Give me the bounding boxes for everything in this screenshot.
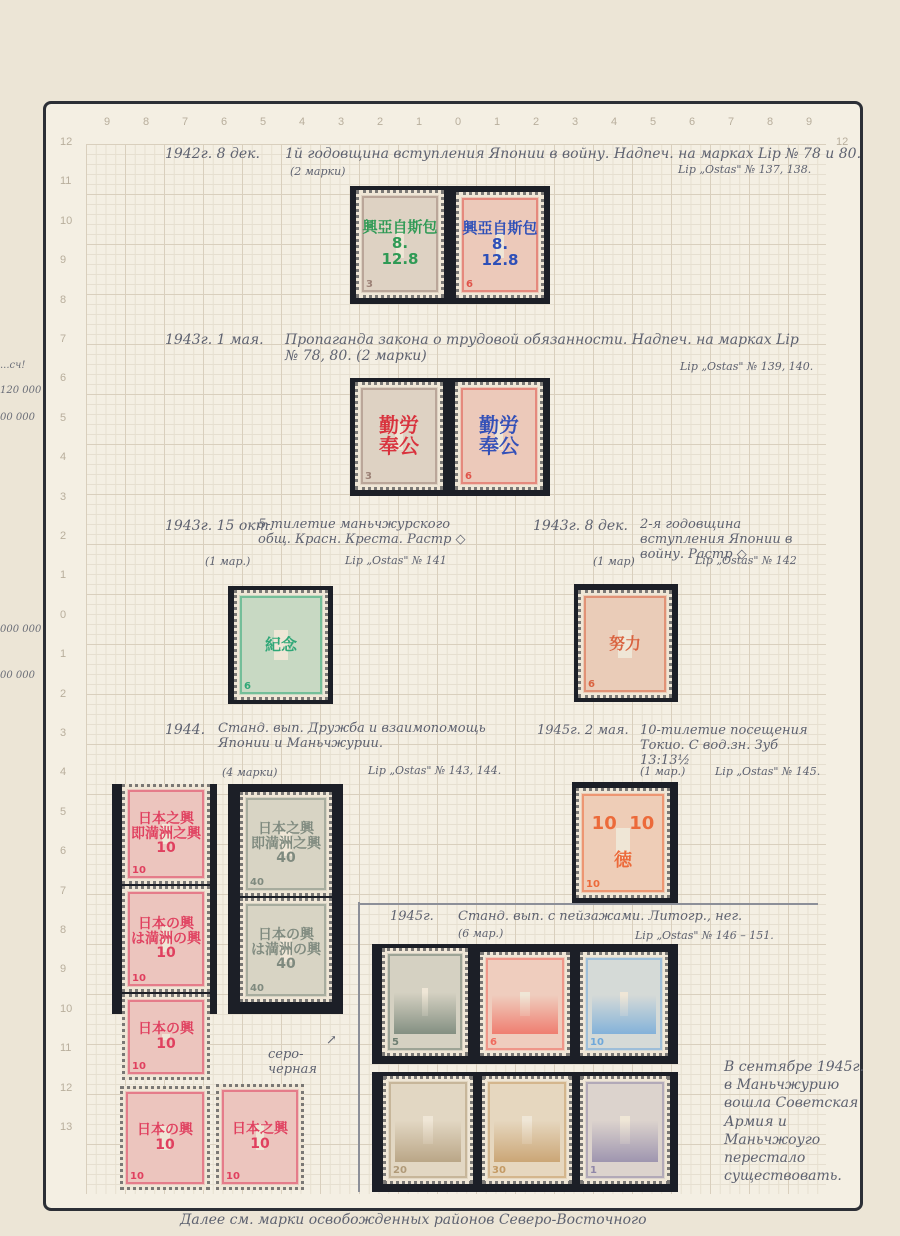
ruler-tick: 9 bbox=[806, 116, 812, 128]
ruler-tick: 9 bbox=[60, 254, 66, 266]
divider-line bbox=[358, 903, 818, 905]
stamp-value: 3 bbox=[365, 471, 372, 482]
stamp-value: 1 bbox=[590, 1165, 597, 1176]
stamp-value: 10 bbox=[132, 973, 146, 984]
stamp-value: 5 bbox=[392, 1037, 399, 1048]
stamp[interactable]: 1 bbox=[580, 1076, 670, 1184]
section-count: (2 марки) bbox=[290, 166, 345, 179]
ruler-tick: 6 bbox=[221, 116, 227, 128]
section-count: (1 мар) bbox=[593, 556, 635, 569]
stamp[interactable]: 20 bbox=[383, 1076, 473, 1184]
section-title: Станд. вып. Дружба и взаимопомощь Японии… bbox=[218, 722, 508, 752]
ruler-tick: 1 bbox=[60, 569, 66, 581]
stamp-frame bbox=[586, 1082, 664, 1178]
ruler-tick: 8 bbox=[767, 116, 773, 128]
ruler-tick: 3 bbox=[60, 491, 66, 503]
stamp-face: 勤労 奉公 bbox=[379, 415, 419, 457]
section-title: 10-тилетие посещения Токио. С вод.зн. Зу… bbox=[640, 724, 825, 769]
stamp-face: 紀念 bbox=[265, 637, 297, 654]
stamp[interactable]: 6 bbox=[480, 952, 570, 1056]
ruler-tick: 7 bbox=[60, 333, 66, 345]
stamp[interactable]: 努力6 bbox=[578, 590, 672, 698]
stamp-frame bbox=[488, 1082, 566, 1178]
stamp-value: 30 bbox=[492, 1165, 506, 1176]
ruler-tick: 3 bbox=[572, 116, 578, 128]
margin-note: ...сч! bbox=[0, 360, 25, 371]
margin-note: 00 000 bbox=[0, 412, 35, 423]
section-count: (1 мар.) bbox=[205, 556, 250, 569]
stamp[interactable]: 30 bbox=[482, 1076, 572, 1184]
stamp-face: 日本之興 10 bbox=[232, 1122, 288, 1151]
stamp-value: 3 bbox=[366, 279, 373, 290]
stamp-value: 6 bbox=[466, 279, 473, 290]
margin-note: 120 000 bbox=[0, 385, 41, 396]
ruler-tick: 6 bbox=[60, 372, 66, 384]
stamp-face: 努力 bbox=[609, 636, 641, 653]
stamp-value: 10 bbox=[132, 865, 146, 876]
section-count: (1 мар.) bbox=[640, 766, 685, 779]
stamp-value: 40 bbox=[250, 983, 264, 994]
stamp-face: 日本の興 は満洲の興 10 bbox=[131, 917, 201, 961]
stamp-face: 10 10 徳 bbox=[592, 815, 655, 872]
divider-line bbox=[358, 902, 360, 1192]
ruler-tick: 7 bbox=[182, 116, 188, 128]
stamp[interactable]: 日本の興 1010 bbox=[122, 994, 210, 1080]
stamp-frame bbox=[388, 954, 462, 1050]
closing-note: В сентябре 1945г. в Маньчжурию вошла Сов… bbox=[724, 1058, 874, 1185]
stamp[interactable]: 日本之興 1010 bbox=[216, 1084, 304, 1190]
stamp-face: 日本の興 は満洲の興 40 bbox=[251, 928, 321, 972]
ruler-tick: 11 bbox=[60, 1042, 71, 1054]
ruler-tick: 7 bbox=[728, 116, 734, 128]
ruler-tick: 6 bbox=[689, 116, 695, 128]
ruler-tick: 5 bbox=[260, 116, 266, 128]
ruler-tick: 7 bbox=[60, 885, 66, 897]
stamp-value: 10 bbox=[226, 1171, 240, 1182]
stamp[interactable]: 勤労 奉公6 bbox=[455, 382, 543, 490]
side-note: серо-черная bbox=[268, 1048, 328, 1078]
stamp[interactable]: 日本之興 即満洲之興 1010 bbox=[122, 784, 210, 884]
stamp-value: 20 bbox=[393, 1165, 407, 1176]
stamp-face: 勤労 奉公 bbox=[479, 415, 519, 457]
section-catalog: Lip „Ostas" № 146 – 151. bbox=[635, 930, 774, 943]
ruler-tick: 11 bbox=[60, 175, 71, 187]
section-count: (6 мар.) bbox=[458, 928, 503, 941]
section-title: 1й годовщина вступления Японии в войну. … bbox=[285, 146, 861, 162]
stamp-value: 10 bbox=[590, 1037, 604, 1048]
section-catalog: Lip „Ostas" № 143, 144. bbox=[368, 765, 501, 778]
ruler-tick: 2 bbox=[377, 116, 383, 128]
ruler-tick: 2 bbox=[533, 116, 539, 128]
ruler-tick: 4 bbox=[611, 116, 617, 128]
ruler-tick: 2 bbox=[60, 688, 66, 700]
ruler-tick: 4 bbox=[60, 766, 66, 778]
stamp-value: 10 bbox=[132, 1061, 146, 1072]
section-date: 1943г. 1 мая. bbox=[165, 332, 264, 348]
section-catalog: Lip „Ostas" № 141 bbox=[345, 555, 447, 568]
ruler-tick: 0 bbox=[455, 116, 461, 128]
stamp[interactable]: 日本の興 は満洲の興 1010 bbox=[122, 886, 210, 992]
stamp-value: 10 bbox=[130, 1171, 144, 1182]
margin-note: 000 000 bbox=[0, 624, 41, 635]
ruler-tick: 8 bbox=[60, 294, 66, 306]
ruler-tick: 8 bbox=[143, 116, 149, 128]
ruler-tick: 5 bbox=[60, 412, 66, 424]
stamp-frame bbox=[389, 1082, 467, 1178]
stamp-value: 6 bbox=[490, 1037, 497, 1048]
ruler-tick: 3 bbox=[338, 116, 344, 128]
section-date: 1943г. 8 дек. bbox=[533, 518, 628, 534]
section-title: 5-тилетие маньчжурского общ. Красн. Крес… bbox=[258, 518, 483, 548]
ruler-tick: 12 bbox=[60, 136, 72, 148]
ruler-tick: 5 bbox=[60, 806, 66, 818]
stamp-face: 興亞自斯包 8. 12.8 bbox=[462, 221, 537, 268]
ruler-tick: 12 bbox=[60, 1082, 72, 1094]
stamp[interactable]: 日本の興 は満洲の興 4040 bbox=[240, 898, 332, 1002]
ruler-tick: 1 bbox=[494, 116, 500, 128]
stamp-face: 日本の興 10 bbox=[138, 1022, 194, 1051]
section-catalog: Lip „Ostas" № 142 bbox=[695, 555, 797, 568]
section-catalog: Lip „Ostas" № 139, 140. bbox=[680, 361, 813, 374]
ruler-tick: 1 bbox=[416, 116, 422, 128]
stamp[interactable]: 日本之興 即満洲之興 4040 bbox=[240, 792, 332, 896]
ruler-tick: 10 bbox=[60, 215, 72, 227]
margin-note: 00 000 bbox=[0, 670, 35, 681]
section-title: Станд. вып. с пейзажами. Литогр., нег. bbox=[458, 910, 742, 925]
stamp[interactable]: 10 bbox=[580, 952, 668, 1056]
section-count: (4 марки) bbox=[222, 767, 277, 780]
stamp-face: 日本之興 即満洲之興 40 bbox=[251, 822, 321, 866]
stamp-value: 6 bbox=[465, 471, 472, 482]
stamp-face: 日本の興 10 bbox=[137, 1123, 193, 1152]
stamp-value: 40 bbox=[250, 877, 264, 888]
ruler-tick: 1 bbox=[60, 648, 66, 660]
stamp[interactable]: 日本の興 1010 bbox=[120, 1086, 210, 1190]
footer-note: Далее см. марки освобожденных районов Се… bbox=[180, 1212, 647, 1228]
stamp-value: 10 bbox=[586, 879, 600, 890]
section-date: 1945г. bbox=[390, 910, 434, 925]
stamp[interactable]: 興亞自斯包 8. 12.86 bbox=[456, 192, 544, 298]
arrow-icon: ↗ bbox=[326, 1034, 337, 1049]
ruler-tick: 4 bbox=[60, 451, 66, 463]
stamp[interactable]: 勤労 奉公3 bbox=[355, 382, 443, 490]
ruler-tick: 4 bbox=[299, 116, 305, 128]
stamp[interactable]: 紀念6 bbox=[234, 590, 328, 700]
ruler-tick: 10 bbox=[60, 1003, 72, 1015]
stamp-face: 日本之興 即満洲之興 10 bbox=[131, 812, 201, 856]
ruler-tick: 2 bbox=[60, 530, 66, 542]
section-date: 1942г. 8 дек. bbox=[165, 146, 260, 162]
ruler-tick: 8 bbox=[60, 924, 66, 936]
ruler-tick: 9 bbox=[104, 116, 110, 128]
ruler-tick: 5 bbox=[650, 116, 656, 128]
section-catalog: Lip „Ostas" № 145. bbox=[715, 766, 820, 779]
stamp[interactable]: 10 10 徳10 bbox=[576, 788, 670, 898]
ruler-tick: 6 bbox=[60, 845, 66, 857]
section-date: 1944. bbox=[165, 722, 205, 738]
ruler-tick: 9 bbox=[60, 963, 66, 975]
ruler-tick: 0 bbox=[60, 609, 66, 621]
ruler-tick: 13 bbox=[60, 1121, 72, 1133]
stamp[interactable]: 興亞自斯包 8. 12.83 bbox=[356, 190, 444, 298]
stamp[interactable]: 5 bbox=[382, 948, 468, 1056]
ruler-tick: 3 bbox=[60, 727, 66, 739]
stamp-frame bbox=[486, 958, 564, 1050]
stamp-value: 6 bbox=[588, 679, 595, 690]
section-catalog: Lip „Ostas" № 137, 138. bbox=[678, 164, 811, 177]
stamp-face: 興亞自斯包 8. 12.8 bbox=[362, 220, 437, 267]
stamp-value: 6 bbox=[244, 681, 251, 692]
section-date: 1945г. 2 мая. bbox=[537, 724, 629, 739]
